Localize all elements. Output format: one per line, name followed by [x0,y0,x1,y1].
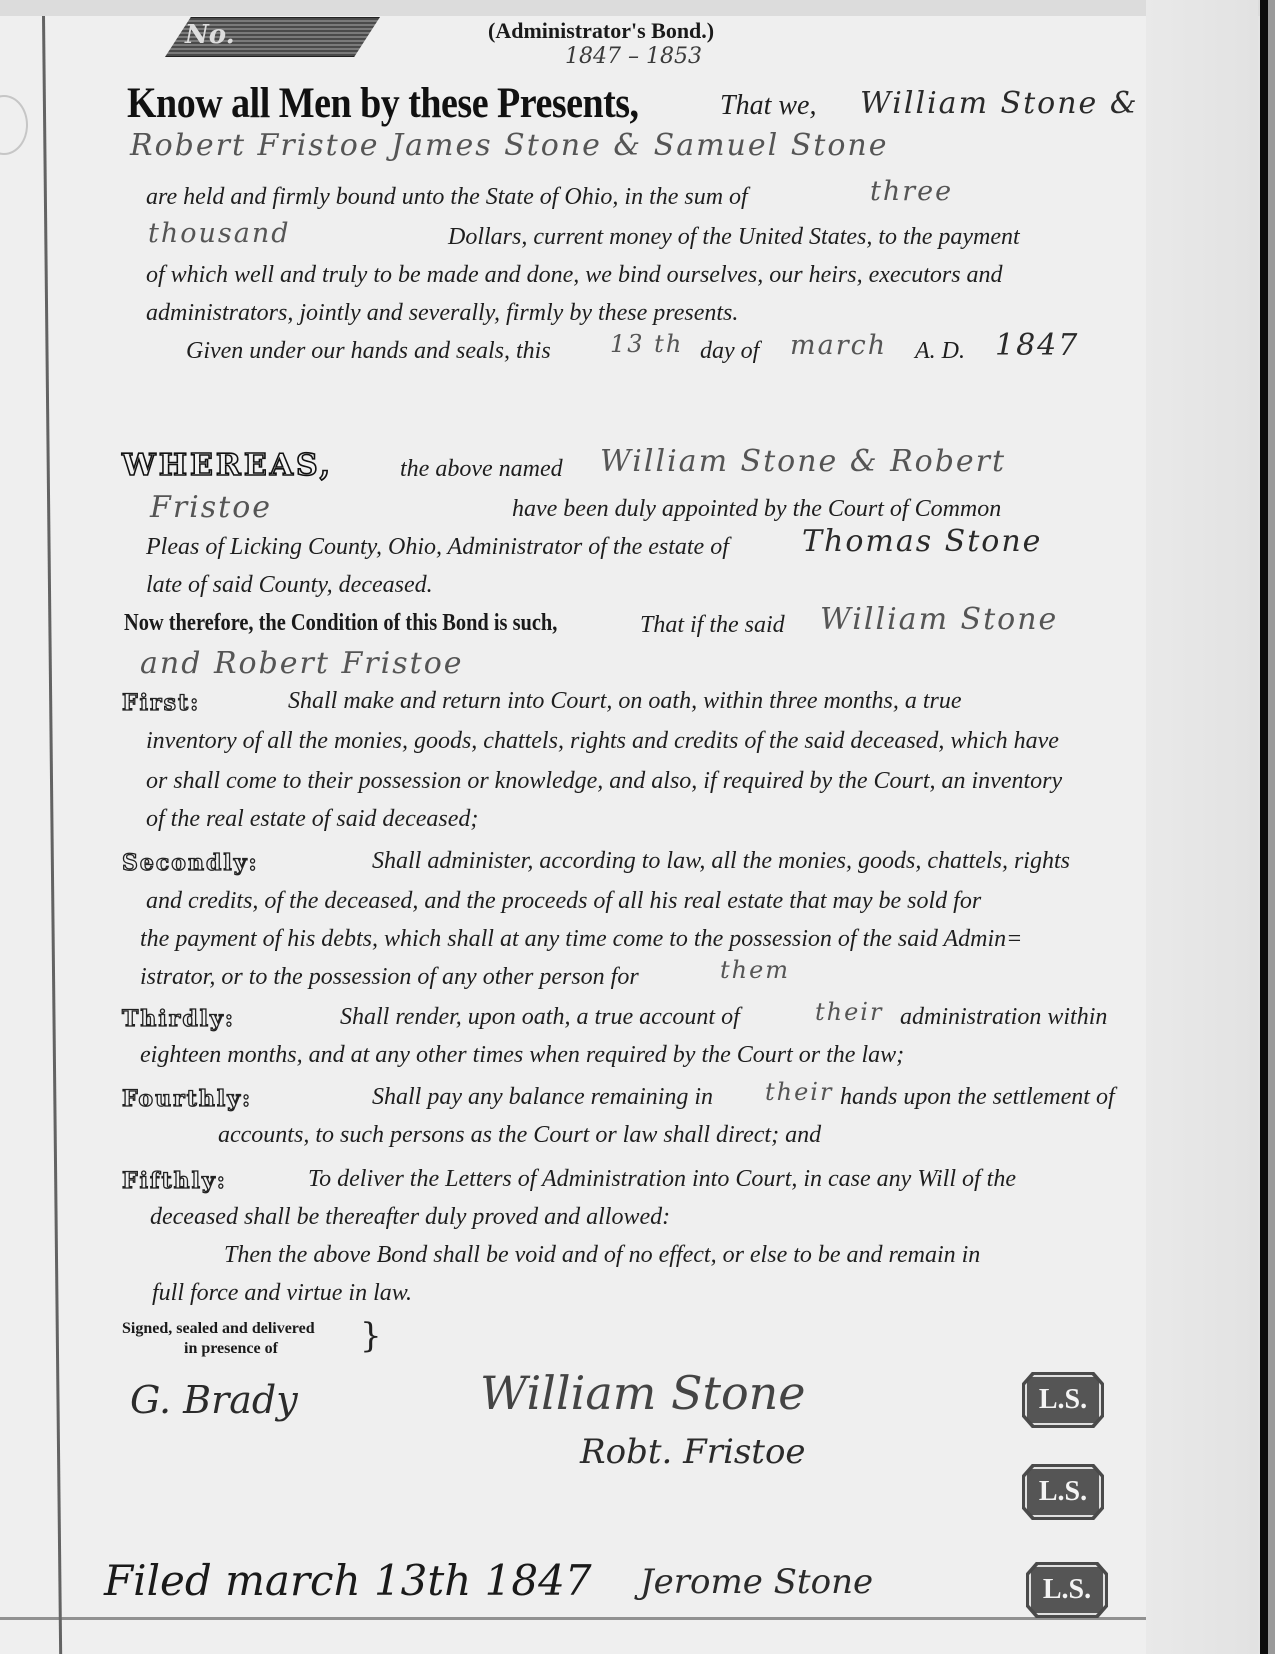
clause-thirdly-line-1b: administration within [900,1004,1107,1031]
clause-thirdly-line-1: Shall render, upon oath, a true account … [340,1004,740,1031]
bound-text: are held and firmly bound unto the State… [146,184,748,211]
clause-secondly-line-2: and credits, of the deceased, and the pr… [146,888,981,915]
preamble-heading: Know all Men by these Presents, [127,78,639,129]
sum-fill-2: thousand [148,218,291,249]
clause-fourthly-line-2: accounts, to such persons as the Court o… [218,1122,821,1149]
whereas-text-4: late of said County, deceased. [146,572,433,599]
clause-fourthly-line-1b: hands upon the settlement of [840,1084,1115,1111]
seal-2: L.S. [1022,1464,1104,1520]
signature-third-signer: Jerome Stone [640,1562,873,1602]
whereas-text-2: have been duly appointed by the Court of… [512,496,1001,523]
scan-edge-bar [1260,0,1268,1654]
clause-fifthly-line-2: deceased shall be thereafter duly proved… [150,1204,670,1231]
scan-top-band [0,0,1275,16]
sum-fill-1: three [870,176,953,207]
witness-brace: } [360,1316,382,1356]
clause-fifthly-label: Fifthly: [122,1168,227,1194]
clause-fourthly-label: Fourthly: [122,1086,252,1112]
clause-thirdly-fill: their [815,998,883,1026]
clause-first-line-2: inventory of all the monies, goods, chat… [146,728,1059,755]
preamble-line-4: administrators, jointly and severally, f… [146,300,738,327]
number-label: No. [185,20,235,50]
clause-secondly-line-4: istrator, or to the possession of any ot… [140,964,639,991]
clause-secondly-line-1: Shall administer, according to law, all … [372,848,1070,875]
signature-robert-fristoe: Robt. Fristoe [580,1432,806,1472]
dollars-text: Dollars, current money of the United Sta… [448,224,1020,251]
fold-line [0,1617,1146,1620]
seal-3: L.S. [1026,1562,1108,1618]
preamble-line-3: of which well and truly to be made and d… [146,262,1003,289]
clause-thirdly-line-2: eighteen months, and at any other times … [140,1042,904,1069]
condition-names-fill-1: William Stone [820,602,1058,637]
whereas-names-fill-2: Fristoe [150,490,272,525]
clause-secondly-fill: them [720,956,790,984]
seal-1: L.S. [1022,1372,1104,1428]
clause-first-line-3: or shall come to their possession or kno… [146,768,1062,795]
clause-first-label: First: [122,690,200,716]
whereas-text-1: the above named [400,456,563,483]
condition-heading: Now therefore, the Condition of this Bon… [124,610,557,637]
seal-3-label: L.S. [1029,1565,1105,1615]
closing-line-2: full force and virtue in law. [152,1280,412,1307]
filed-annotation: Filed march 13th 1847 [104,1556,592,1605]
given-text: Given under our hands and seals, this [186,338,551,365]
clause-first-line-1: Shall make and return into Court, on oat… [288,688,962,715]
witness-label-1: Signed, sealed and delivered [122,1320,315,1338]
condition-text: That if the said [640,612,785,639]
signature-william-stone: William Stone [480,1366,806,1420]
clause-first-line-4: of the real estate of said deceased; [146,806,478,833]
clause-thirdly-label: Thirdly: [122,1006,235,1032]
obligors-fill-1: William Stone & [860,86,1139,121]
deceased-name-fill: Thomas Stone [802,524,1042,559]
clause-fourthly-line-1: Shall pay any balance remaining in [372,1084,713,1111]
scan-edge-strip [1268,0,1275,1654]
witness-label-2: in presence of [184,1340,278,1358]
clause-fifthly-line-1: To deliver the Letters of Administration… [308,1166,1016,1193]
scan-right-margin [1146,0,1258,1654]
obligors-fill-2: Robert Fristoe James Stone & Samuel Ston… [130,128,889,163]
condition-names-fill-2: and Robert Fristoe [140,646,464,681]
clause-secondly-line-3: the payment of his debts, which shall at… [140,926,1022,953]
year-fill: 1847 [995,328,1079,363]
day-fill: 13 th [610,330,683,358]
closing-line-1: Then the above Bond shall be void and of… [224,1242,980,1269]
day-of-text: day of [700,338,759,365]
ad-text: A. D. [915,338,965,365]
clause-fourthly-fill: their [765,1078,833,1106]
preamble-intro: That we, [720,90,816,122]
document-type-title: (Administrator's Bond.) [488,18,714,44]
clause-secondly-label: Secondly: [122,850,259,876]
witness-signature: G. Brady [130,1378,298,1422]
month-fill: march [790,330,887,361]
seal-1-label: L.S. [1025,1375,1101,1425]
seal-2-label: L.S. [1025,1467,1101,1517]
year-range-annotation: 1847 – 1853 [565,44,702,69]
whereas-text-3: Pleas of Licking County, Ohio, Administr… [146,534,729,561]
whereas-label: WHEREAS, [122,448,333,483]
whereas-names-fill-1: William Stone & Robert [600,444,1006,479]
